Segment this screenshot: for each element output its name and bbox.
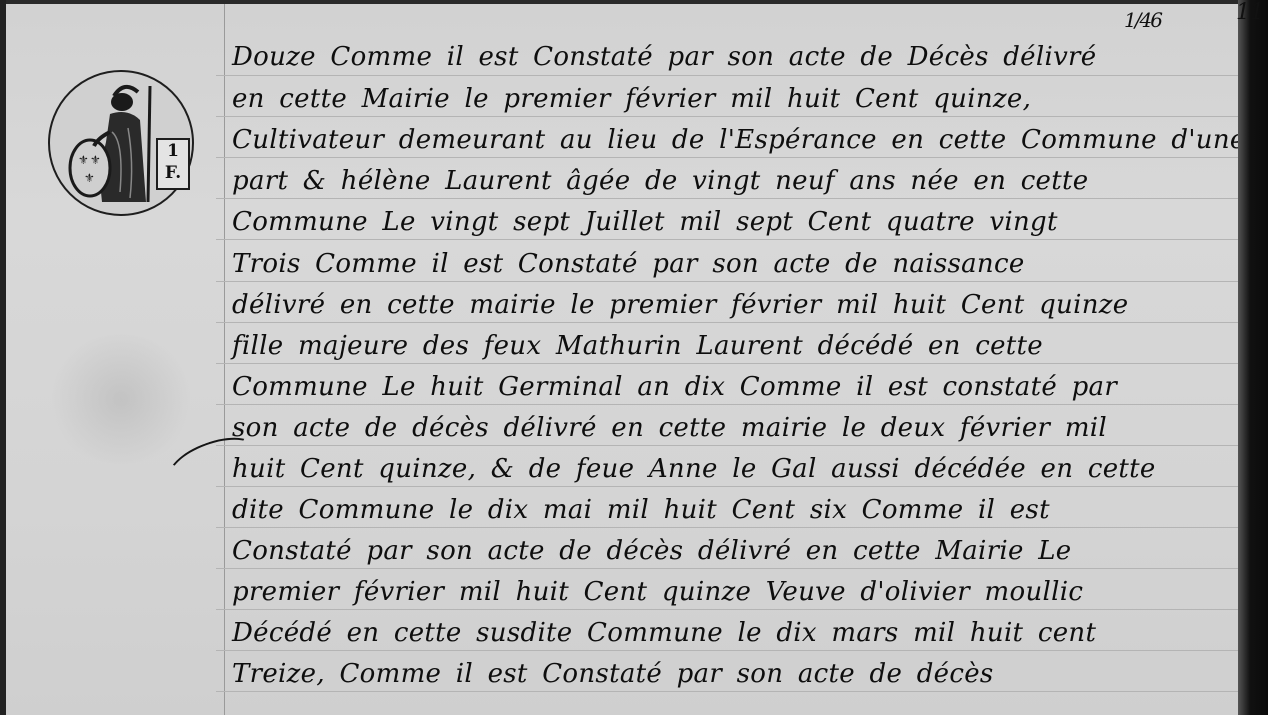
ruled-line <box>216 116 1238 117</box>
text-line-2: en cette Mairie le premier février mil h… <box>232 84 1238 114</box>
stamp-value-box: 1 F. <box>156 138 190 190</box>
text-line-5: Commune Le vingt sept Juillet mil sept C… <box>232 207 1238 237</box>
stamp-value-number: 1 <box>158 140 188 162</box>
ruled-line <box>216 363 1238 364</box>
text-line-8: fille majeure des feux Mathurin Laurent … <box>232 331 1238 361</box>
text-line-4: part & hélène Laurent âgée de vingt neuf… <box>232 166 1238 196</box>
ruled-line <box>216 486 1238 487</box>
text-line-14: premier février mil huit Cent quinze Veu… <box>232 577 1238 607</box>
text-line-12: dite Commune le dix mai mil huit Cent si… <box>232 495 1238 525</box>
text-line-7: délivré en cette mairie le premier févri… <box>232 290 1238 320</box>
text-line-15: Décédé en cette susdite Commune le dix m… <box>232 618 1238 648</box>
ruled-line <box>216 75 1238 76</box>
svg-text:⚜: ⚜ <box>78 153 89 167</box>
ruled-line <box>216 404 1238 405</box>
text-line-6: Trois Comme il est Constaté par son acte… <box>232 249 1238 279</box>
svg-text:⚜: ⚜ <box>84 171 95 185</box>
ruled-line <box>216 322 1238 323</box>
text-line-11: huit Cent quinze, & de feue Anne le Gal … <box>232 454 1238 484</box>
ruled-line <box>216 609 1238 610</box>
ruled-line <box>216 239 1238 240</box>
ruled-line <box>216 527 1238 528</box>
ruled-line <box>216 691 1238 692</box>
stamp-value-unit: F. <box>158 162 188 184</box>
ruled-line <box>216 568 1238 569</box>
text-line-3: Cultivateur demeurant au lieu de l'Espér… <box>232 125 1238 155</box>
ruled-line <box>216 445 1238 446</box>
folio-number: 11 <box>1236 0 1264 25</box>
revenue-stamp: ⚜ ⚜ ⚜ 1 F. <box>48 70 194 216</box>
scan-right-edge <box>1238 0 1268 715</box>
bleed-through-stamp <box>46 334 196 464</box>
text-line-16: Treize, Comme il est Constaté par son ac… <box>232 659 1238 689</box>
svg-text:⚜: ⚜ <box>90 153 101 167</box>
ruled-line <box>216 281 1238 282</box>
text-line-10: son acte de décès délivré en cette mairi… <box>232 413 1238 443</box>
document-page: ⚜ ⚜ ⚜ 1 F. 1/46 Douze Comme il est Const… <box>6 4 1238 715</box>
text-line-13: Constaté par son acte de décès délivré e… <box>232 536 1238 566</box>
ruled-line <box>216 157 1238 158</box>
text-line-1: Douze Comme il est Constaté par son acte… <box>232 42 1238 72</box>
text-line-9: Commune Le huit Germinal an dix Comme il… <box>232 372 1238 402</box>
ruled-line <box>216 650 1238 651</box>
ruled-line <box>216 198 1238 199</box>
folio-mark: 1/46 <box>1124 8 1161 32</box>
